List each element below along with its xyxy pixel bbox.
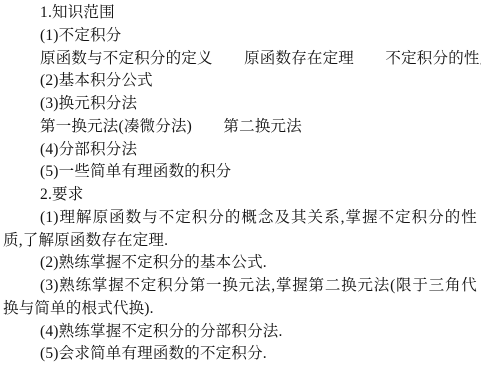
text-line: 1.知识范围 <box>0 2 481 25</box>
text-line: (4)分部积分法 <box>0 139 481 162</box>
text-line: (3)换元积分法 <box>0 93 481 116</box>
text-line: (1)理解原函数与不定积分的概念及其关系,掌握不定积分的性 <box>0 207 481 230</box>
text-line: 原函数与不定积分的定义 原函数存在定理 不定积分的性质 <box>0 48 481 71</box>
text-line: (4)熟练掌握不定积分的分部积分法. <box>0 321 481 344</box>
text-line: (2)熟练掌握不定积分的基本公式. <box>0 252 481 275</box>
text-line: 第一换元法(凑微分法) 第二换元法 <box>0 116 481 139</box>
text-line: (5)一些简单有理函数的积分 <box>0 161 481 184</box>
text-line: 质,了解原函数存在定理. <box>0 230 481 253</box>
document-page: 1.知识范围(1)不定积分原函数与不定积分的定义 原函数存在定理 不定积分的性质… <box>0 0 481 366</box>
text-line: 换与简单的根式代换). <box>0 298 481 321</box>
text-block: 1.知识范围(1)不定积分原函数与不定积分的定义 原函数存在定理 不定积分的性质… <box>0 2 481 366</box>
text-line: (3)熟练掌握不定积分第一换元法,掌握第二换元法(限于三角代 <box>0 275 481 298</box>
text-line: (2)基本积分公式 <box>0 70 481 93</box>
text-line: (5)会求简单有理函数的不定积分. <box>0 343 481 366</box>
text-line: (1)不定积分 <box>0 25 481 48</box>
text-line: 2.要求 <box>0 184 481 207</box>
